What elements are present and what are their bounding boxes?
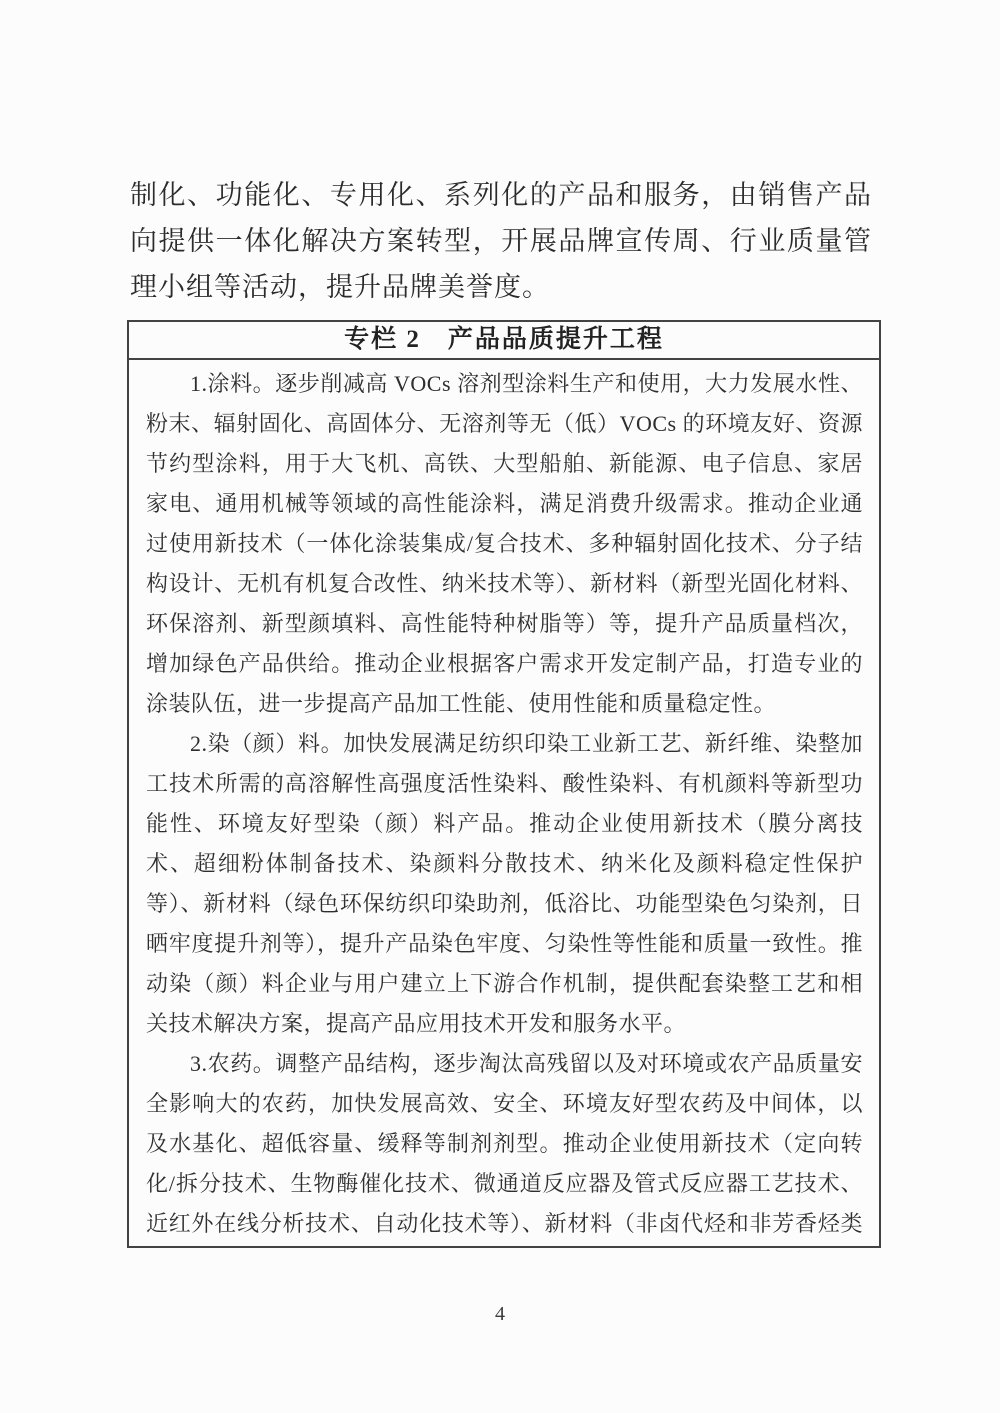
box-paragraph-coatings: 1.涂料。逐步削减高 VOCs 溶剂型涂料生产和使用，大力发展水性、粉末、辐射固… bbox=[146, 364, 863, 724]
page-number: 4 bbox=[0, 1303, 1000, 1326]
highlight-box: 专栏 2 产品品质提升工程 1.涂料。逐步削减高 VOCs 溶剂型涂料生产和使用… bbox=[127, 320, 881, 1248]
document-page: 制化、功能化、专用化、系列化的产品和服务，由销售产品向提供一体化解决方案转型，开… bbox=[0, 0, 1000, 1413]
box-body: 1.涂料。逐步削减高 VOCs 溶剂型涂料生产和使用，大力发展水性、粉末、辐射固… bbox=[129, 360, 879, 1248]
box-title: 专栏 2 产品品质提升工程 bbox=[129, 322, 879, 360]
box-paragraph-dyes: 2.染（颜）料。加快发展满足纺织印染工业新工艺、新纤维、染整加工技术所需的高溶解… bbox=[146, 724, 863, 1044]
intro-paragraph: 制化、功能化、专用化、系列化的产品和服务，由销售产品向提供一体化解决方案转型，开… bbox=[130, 172, 872, 310]
box-paragraph-pesticides: 3.农药。调整产品结构，逐步淘汰高残留以及对环境或农产品质量安全影响大的农药，加… bbox=[146, 1044, 863, 1248]
